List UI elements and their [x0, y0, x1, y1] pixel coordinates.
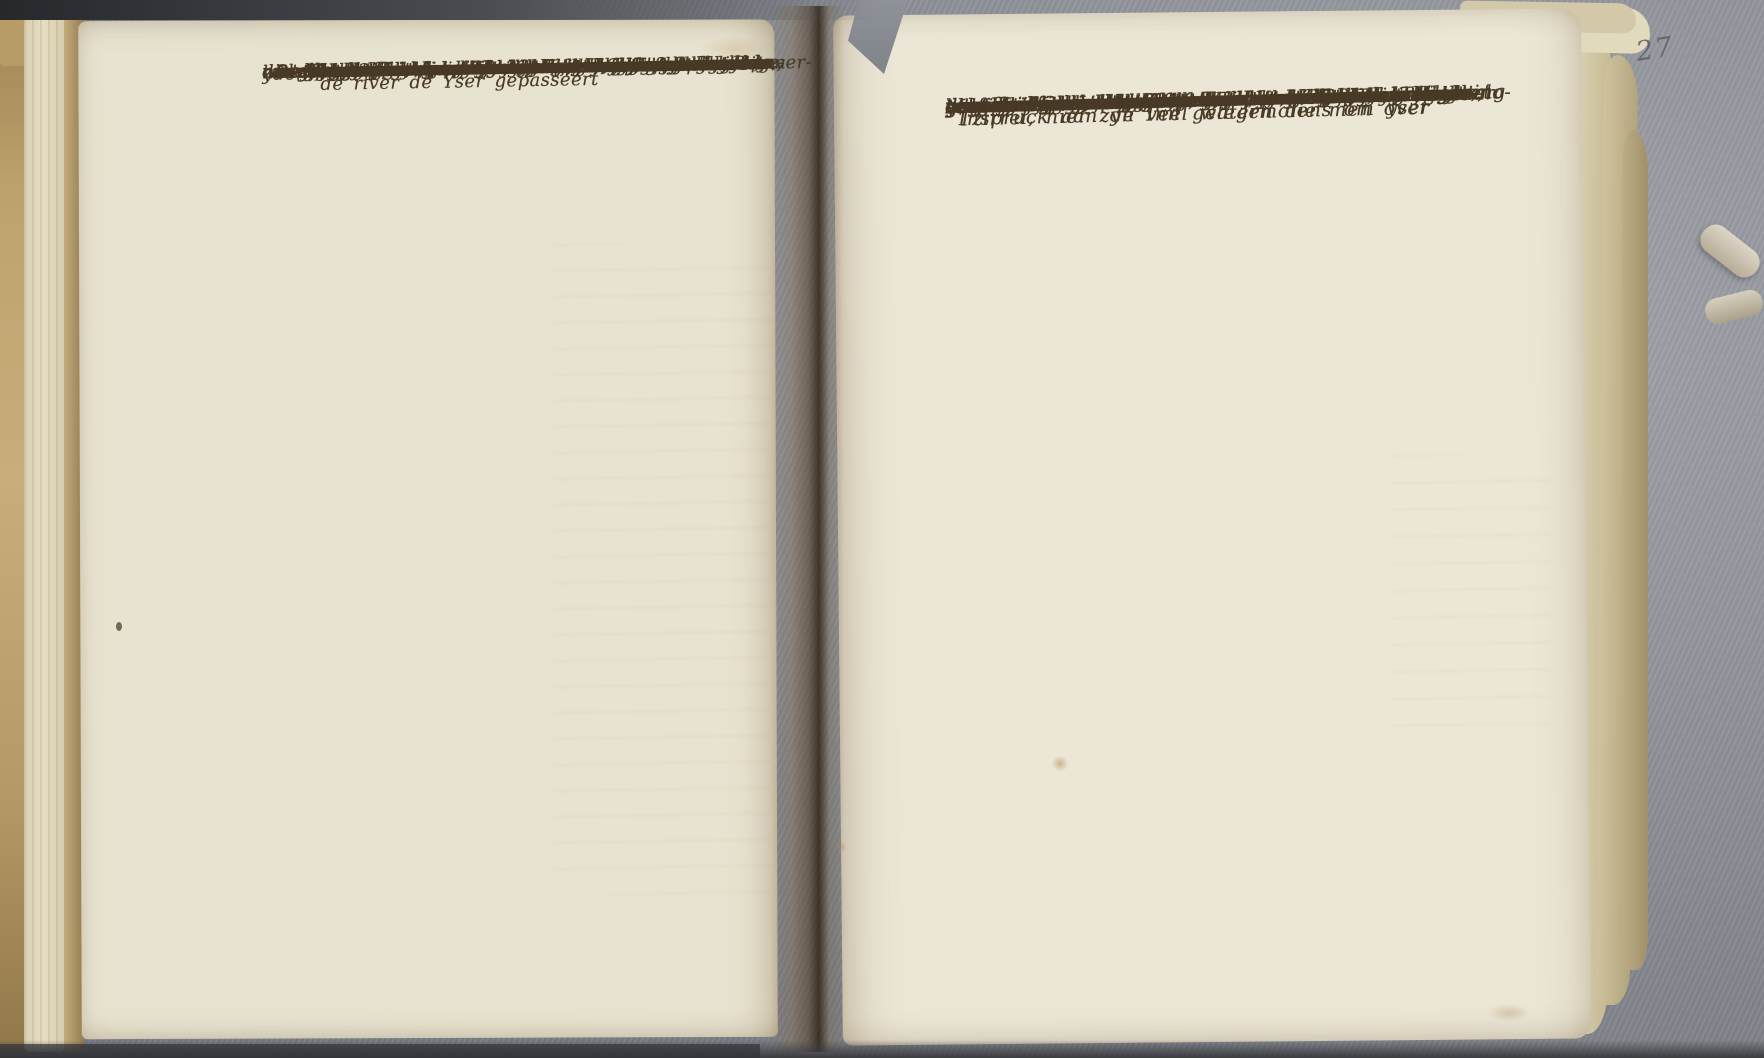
- bottom-shadow: [0, 1044, 760, 1058]
- left-page-edges: [24, 6, 68, 1052]
- right-page-fore-edge: [1622, 130, 1648, 970]
- ink-bleedthrough: [1390, 455, 1550, 745]
- parchment-cover-edge: [0, 0, 26, 1058]
- paper-stain: [836, 842, 848, 852]
- paper-stain: [1051, 756, 1069, 771]
- gutter-shadow: [770, 6, 844, 1052]
- ink-bleedthrough: [553, 244, 771, 894]
- catchword: yder: [262, 60, 387, 88]
- page-number: 27: [1634, 31, 1677, 68]
- paper-stain: [1488, 1004, 1530, 1022]
- top-shadow: [0, 0, 880, 20]
- photograph: hooge rotsen in, die het Graafschap Tiro…: [0, 0, 1764, 1058]
- paper-stain: [116, 622, 122, 631]
